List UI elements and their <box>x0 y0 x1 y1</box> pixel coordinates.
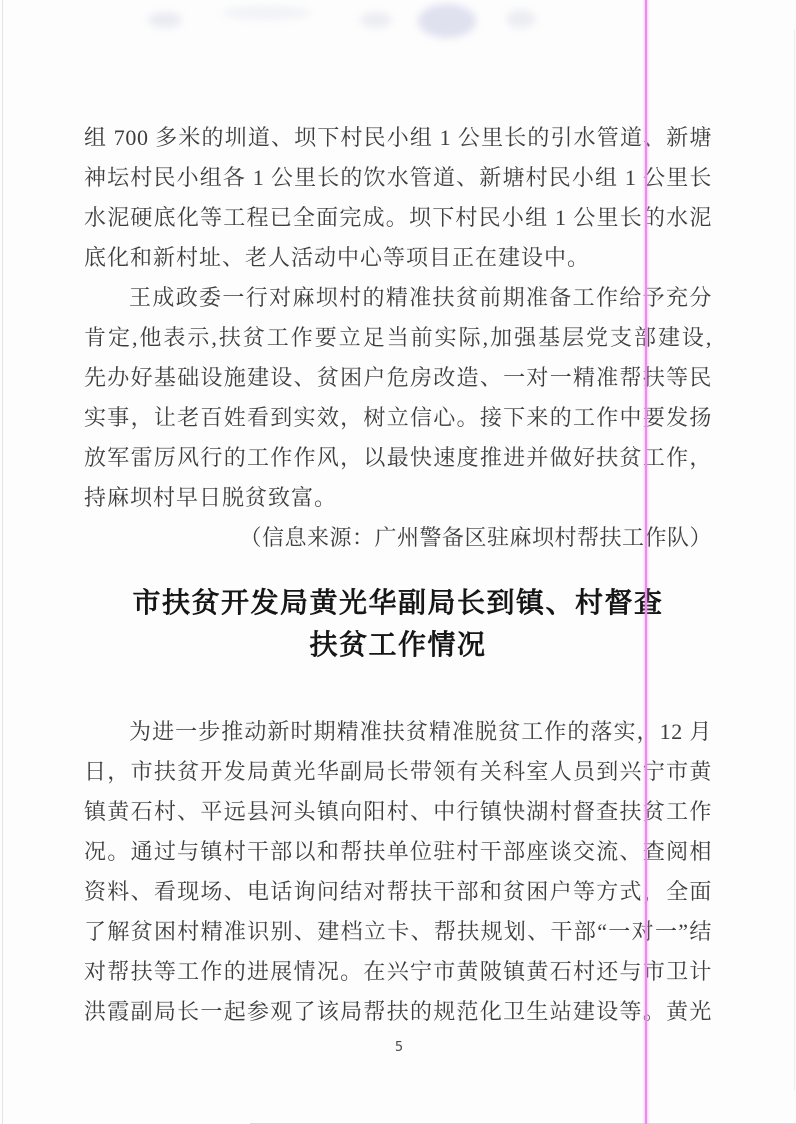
scan-fold-line <box>645 0 647 1124</box>
document-content: 组 700 多米的圳道、坝下村民小组 1 公里长的引水管道、新塘和 神坛村民小组… <box>84 118 712 1032</box>
scan-smudge <box>222 6 312 20</box>
body-text-line: 日，市扶贫开发局黄光华副局长带领有关科室人员到兴宁市黄陂 <box>84 752 712 792</box>
body-text-line: 底化和新村址、老人活动中心等项目正在建设中。 <box>84 238 712 278</box>
article-title-line2: 扶贫工作情况 <box>84 624 712 666</box>
body-text-line: 实事，让老百姓看到实效，树立信心。接下来的工作中要发扬解 <box>84 398 712 438</box>
body-text-line: 了解贫困村精准识别、建档立卡、帮扶规划、干部“一对一”结 <box>84 912 712 952</box>
page-number: 5 <box>395 1040 403 1055</box>
body-text-line: 为进一步推动新时期精准扶贫精准脱贫工作的落实，12 月 5 <box>84 712 712 752</box>
article-title-line1: 市扶贫开发局黄光华副局长到镇、村督查 <box>84 582 712 624</box>
article-second: 市扶贫开发局黄光华副局长到镇、村督查 扶贫工作情况 为进一步推动新时期精准扶贫精… <box>84 582 712 1032</box>
scan-smudge <box>148 12 182 28</box>
scan-edge-left <box>2 0 3 1124</box>
body-text-line: 资料、看现场、电话询问结对帮扶干部和贫困户等方式，全面地 <box>84 872 712 912</box>
body-text-line: 肯定,他表示,扶贫工作要立足当前实际,加强基层党支部建设, <box>84 318 712 358</box>
body-text-line: 神坛村民小组各 1 公里长的饮水管道、新塘村民小组 1 公里长的 <box>84 158 712 198</box>
scan-smudge <box>506 10 536 28</box>
scan-smudge <box>360 12 392 28</box>
body-text-line: 对帮扶等工作的进展情况。在兴宁市黄陂镇黄石村还与市卫计局 <box>84 952 712 992</box>
body-text-line: 持麻坝村早日脱贫致富。 <box>84 478 712 518</box>
body-text-line: 况。通过与镇村干部以和帮扶单位驻村干部座谈交流、查阅相关 <box>84 832 712 872</box>
scanned-document-page: 组 700 多米的圳道、坝下村民小组 1 公里长的引水管道、新塘和 神坛村民小组… <box>0 0 796 1124</box>
article-first: 组 700 多米的圳道、坝下村民小组 1 公里长的引水管道、新塘和 神坛村民小组… <box>84 118 712 558</box>
scan-smudge <box>418 4 476 38</box>
article-title: 市扶贫开发局黄光华副局长到镇、村督查 扶贫工作情况 <box>84 582 712 666</box>
body-text-line: 水泥硬底化等工程已全面完成。坝下村民小组 1 公里长的水泥硬 <box>84 198 712 238</box>
body-text-line: 先办好基础设施建设、贫困户危房改造、一对一精准帮扶等民生 <box>84 358 712 398</box>
body-text-line: 王成政委一行对麻坝村的精准扶贫前期准备工作给予充分的 <box>84 278 712 318</box>
scan-edge-right <box>794 30 795 1090</box>
info-source-attribution: （信息来源：广州警备区驻麻坝村帮扶工作队） <box>84 518 712 558</box>
body-text-line: 放军雷厉风行的工作作风，以最快速度推进并做好扶贫工作，支 <box>84 438 712 478</box>
body-text-line: 镇黄石村、平远县河头镇向阳村、中行镇快湖村督查扶贫工作情 <box>84 792 712 832</box>
paragraph-wangcheng-remarks: 王成政委一行对麻坝村的精准扶贫前期准备工作给予充分的 肯定,他表示,扶贫工作要立… <box>84 278 712 518</box>
paragraph-inspection-report: 为进一步推动新时期精准扶贫精准脱贫工作的落实，12 月 5 日，市扶贫开发局黄光… <box>84 712 712 1032</box>
body-text-line: 组 700 多米的圳道、坝下村民小组 1 公里长的引水管道、新塘和 <box>84 118 712 158</box>
body-text-line: 洪霞副局长一起参观了该局帮扶的规范化卫生站建设等。黄光华 <box>84 992 712 1032</box>
paragraph-construction-progress: 组 700 多米的圳道、坝下村民小组 1 公里长的引水管道、新塘和 神坛村民小组… <box>84 118 712 278</box>
